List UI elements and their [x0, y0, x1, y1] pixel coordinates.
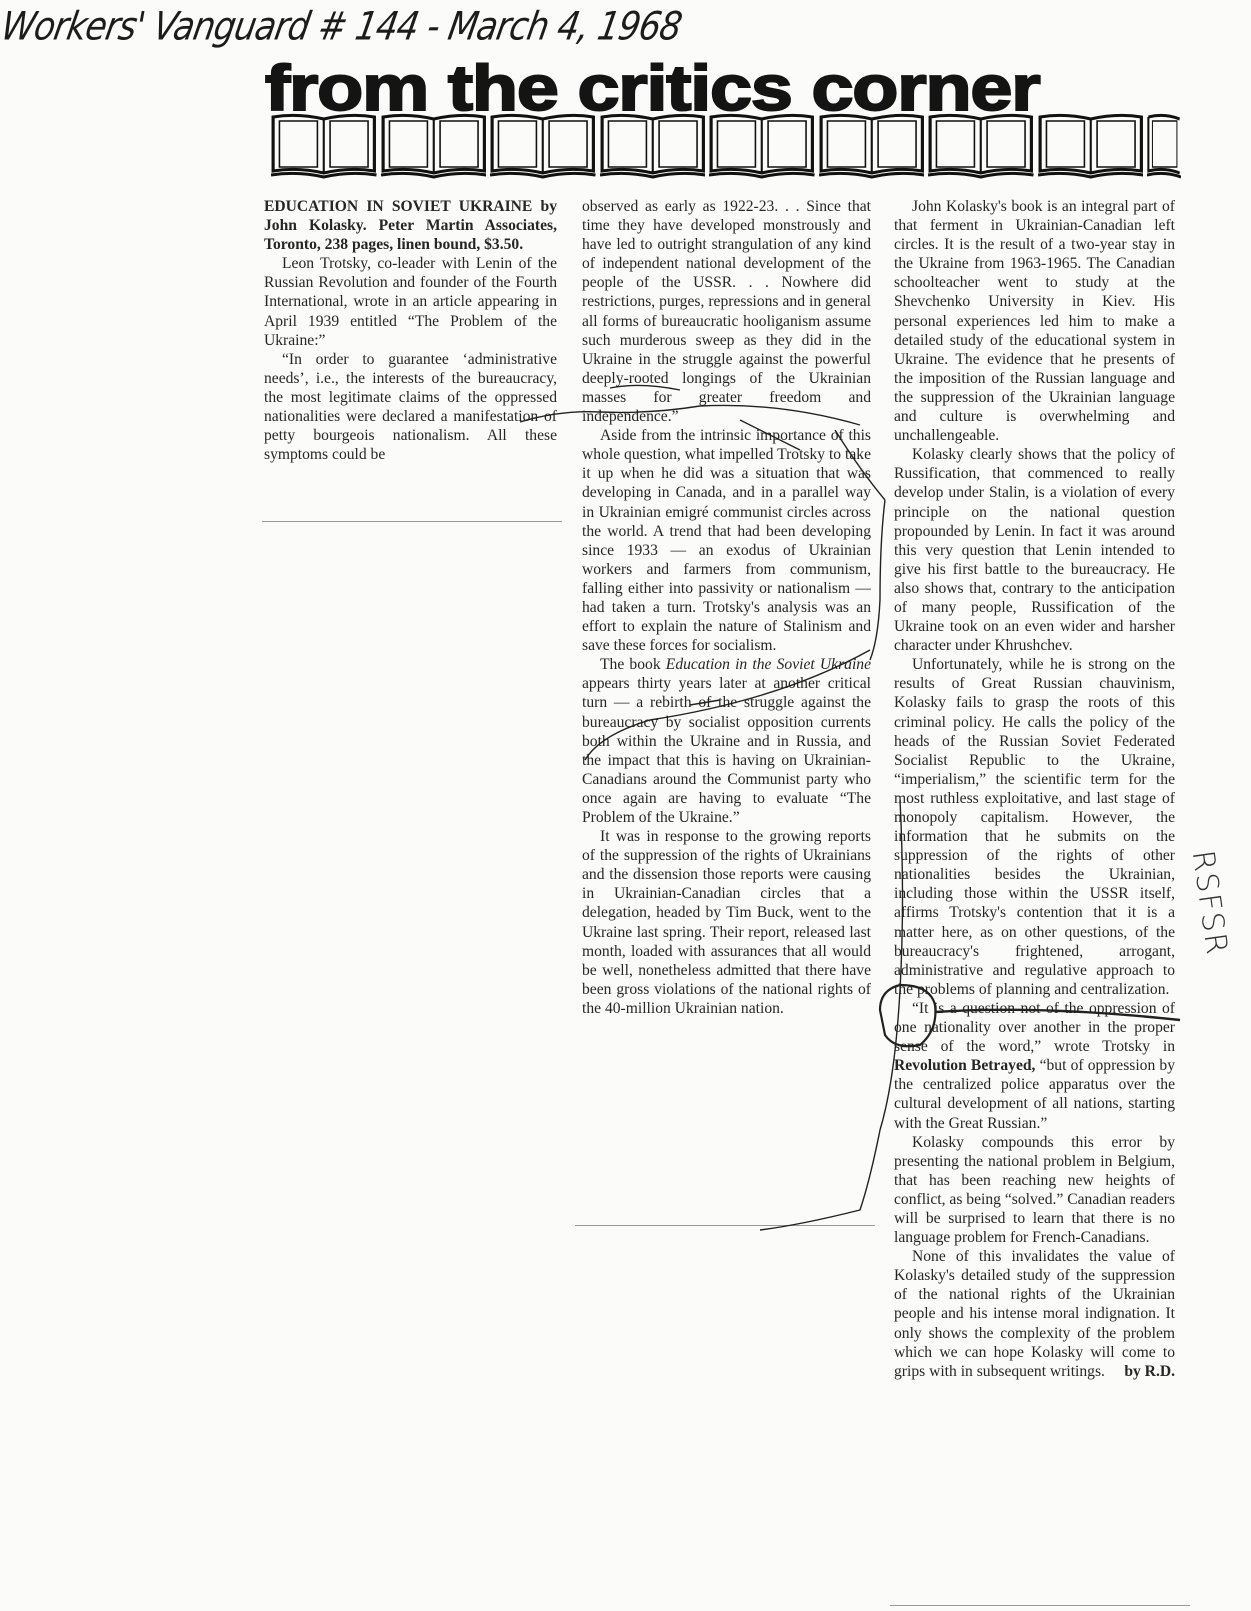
article-column-2: observed as early as 1922-23. . . Since …: [582, 197, 871, 1018]
trotsky-quote-continued: observed as early as 1922-23. . . Since …: [582, 197, 871, 426]
clipping-cut-edge: [890, 1605, 1190, 1606]
open-book-icon: [381, 113, 487, 179]
column-masthead: from the critics corner: [265, 58, 1251, 118]
paragraph: Kolasky clearly shows that the policy of…: [894, 445, 1175, 655]
open-book-icon: [600, 113, 706, 179]
paragraph: “It is a question not of the oppression …: [894, 999, 1175, 1133]
paragraph: Unfortunately, while he is strong on the…: [894, 655, 1175, 999]
open-book-icon: [928, 113, 1034, 179]
clipping-cut-edge: [575, 1225, 875, 1226]
open-book-icon-partial: [1147, 113, 1181, 179]
handwritten-source-note: Workers' Vanguard # 144 - March 4, 1968: [0, 4, 685, 50]
open-book-icon: [709, 113, 815, 179]
open-book-icon: [1038, 113, 1144, 179]
book-title-italic: Education in the Soviet Ukraine: [666, 656, 871, 673]
clipping-cut-edge: [262, 521, 562, 522]
open-books-decoration: [271, 113, 1181, 183]
open-book-icon: [271, 113, 377, 179]
article-column-3: John Kolasky's book is an integral part …: [894, 197, 1175, 1381]
paragraph: Leon Trotsky, co-leader with Lenin of th…: [264, 254, 557, 349]
paragraph: Aside from the intrinsic importance of t…: [582, 426, 871, 655]
open-book-icon: [819, 113, 925, 179]
review-book-header: EDUCATION IN SOVIET UKRAINE by John Kola…: [264, 197, 557, 254]
open-book-icon: [490, 113, 596, 179]
handwritten-margin-annotation: RSFSR: [1185, 848, 1234, 958]
trotsky-quote-paragraph: “In order to guarantee ‘administrative n…: [264, 350, 557, 465]
paragraph: Kolasky compounds this error by presenti…: [894, 1133, 1175, 1248]
paragraph: None of this invalidates the value of Ko…: [894, 1247, 1175, 1381]
paragraph: The book Education in the Soviet Ukraine…: [582, 655, 871, 827]
paragraph: It was in response to the growing report…: [582, 827, 871, 1018]
paragraph: John Kolasky's book is an integral part …: [894, 197, 1175, 445]
book-title-bold: Revolution Betrayed,: [894, 1057, 1035, 1074]
article-column-1: EDUCATION IN SOVIET UKRAINE by John Kola…: [264, 197, 557, 464]
